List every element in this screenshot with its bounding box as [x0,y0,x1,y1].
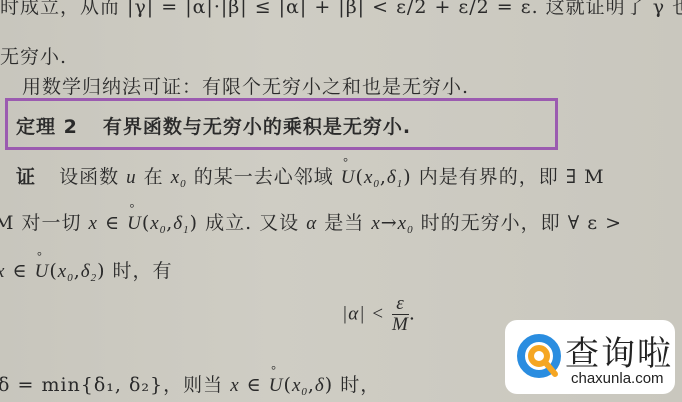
text-line-induction: 用数学归纳法可证：有限个无穷小之和也是无穷小. [22,72,469,99]
proof-text: δ = min{δ₁, δ₂}，则当 [0,374,223,396]
proof-text: 设函数 [59,166,119,188]
brand-domain: chaxunla.com [571,370,664,387]
proof-line-2: M 对一切 x ∈ U(x0,δ1) 成立. 又设 α 是当 x→x0 时的无穷… [0,208,622,236]
search-q-icon [515,332,563,380]
theorem-label: 定理 2 [16,116,78,138]
proof-text: 内是有界的，即 ∃ M [419,166,605,188]
text-line-top: 时成立，从而 |γ| = |α|·|β| ≤ |α| + |β| < ε/2 +… [0,0,682,19]
theorem-line: 定理 2 有界函数与无穷小的乘积是无穷小. [16,112,411,139]
formula-lhs: |α| < [342,304,385,325]
proof-text: 是当 [324,212,364,234]
watermark-logo: 查询啦 chaxunla.com [505,320,675,394]
proof-text: 时， [340,374,380,396]
proof-text: 时，有 [113,260,173,282]
proof-label: 证 [16,166,36,188]
neighborhood-U: U [341,167,356,189]
proof-text: M 对一切 [0,212,82,234]
proof-text: 成立. 又设 [205,212,299,234]
proof-line-4: δ = min{δ₁, δ₂}，则当 x ∈ U(x0,δ) 时， [0,370,380,398]
proof-text: 时的无穷小，即 ∀ ε > [421,212,622,234]
fraction-denominator: M [392,315,409,335]
formula-alpha-bound: |α| < ε M . [342,294,416,335]
period: . [409,303,416,325]
fraction-numerator: ε [392,294,409,315]
proof-line-3: x ∈ U(x0,δ2) 时，有 [0,256,173,284]
theorem-text: 有界函数与无穷小的乘积是无穷小. [103,116,411,138]
var-alpha: α [306,213,317,234]
proof-line-1: 证 设函数 u 在 x0 的某一去心邻域 U(x0,δ1) 内是有界的，即 ∃ … [16,162,605,190]
proof-text: 在 [144,166,164,188]
var-u: u [126,167,137,188]
var-x0: x0 [171,167,187,188]
proof-text: 的某一去心邻域 [194,166,334,188]
text-line-infinitesimal: 无穷小. [0,42,67,69]
fraction: ε M [392,294,409,335]
brand-name-cn: 查询啦 [565,326,673,375]
